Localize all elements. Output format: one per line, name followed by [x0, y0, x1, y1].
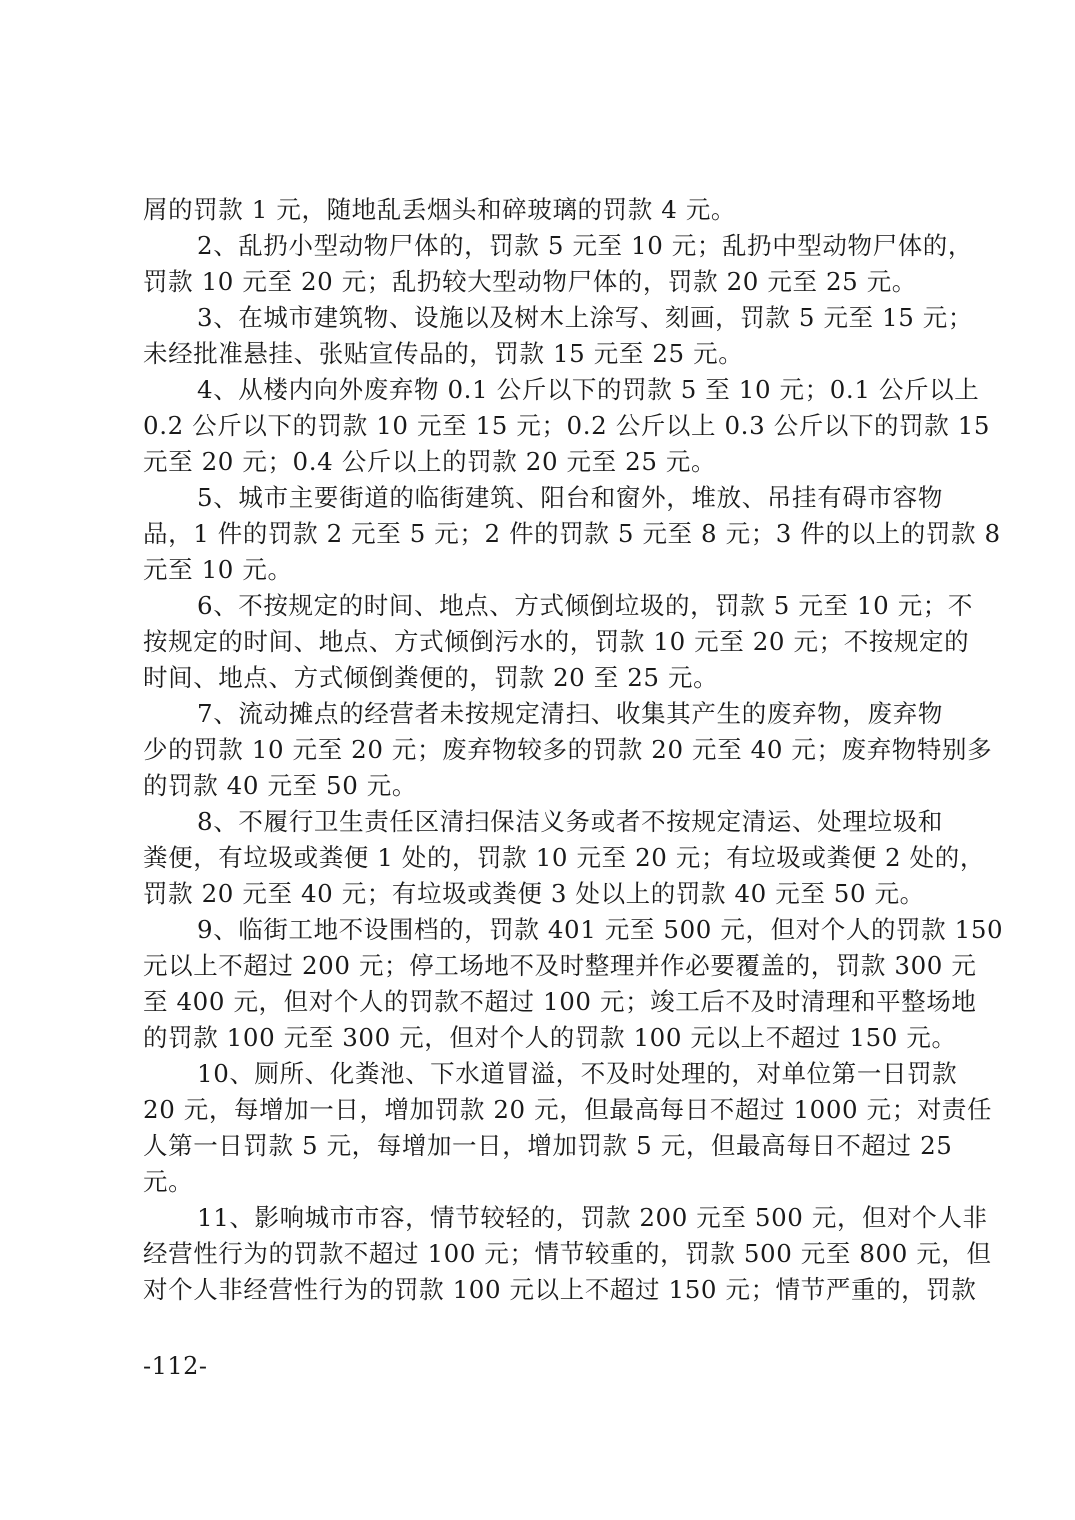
text-line: 经营性行为的罚款不超过 100 元；情节较重的，罚款 500 元至 800 元，… — [143, 1236, 943, 1272]
text-line: 元至 10 元。 — [143, 552, 943, 588]
page-number: -112- — [143, 1348, 208, 1384]
text-line: 2、乱扔小型动物尸体的，罚款 5 元至 10 元；乱扔中型动物尸体的， — [143, 228, 943, 264]
text-line: 9、临街工地不设围档的，罚款 401 元至 500 元，但对个人的罚款 150 — [143, 912, 943, 948]
paragraph-item-9: 9、临街工地不设围档的，罚款 401 元至 500 元，但对个人的罚款 150元… — [143, 912, 943, 1056]
text-line: 粪便，有垃圾或粪便 1 处的，罚款 10 元至 20 元；有垃圾或粪便 2 处的… — [143, 840, 943, 876]
paragraph-item-3: 3、在城市建筑物、设施以及树木上涂写、刻画，罚款 5 元至 15 元；未经批准悬… — [143, 300, 943, 372]
paragraph-item-11: 11、影响城市市容，情节较轻的，罚款 200 元至 500 元，但对个人非经营性… — [143, 1200, 943, 1308]
text-line: 0.2 公斤以下的罚款 10 元至 15 元；0.2 公斤以上 0.3 公斤以下… — [143, 408, 943, 444]
body-text: 屑的罚款 1 元，随地乱丢烟头和碎玻璃的罚款 4 元。2、乱扔小型动物尸体的，罚… — [143, 192, 943, 1308]
paragraph-item-10: 10、厕所、化粪池、下水道冒溢，不及时处理的，对单位第一日罚款20 元，每增加一… — [143, 1056, 943, 1200]
text-line: 10、厕所、化粪池、下水道冒溢，不及时处理的，对单位第一日罚款 — [143, 1056, 943, 1092]
text-line: 的罚款 100 元至 300 元，但对个人的罚款 100 元以上不超过 150 … — [143, 1020, 943, 1056]
text-line: 3、在城市建筑物、设施以及树木上涂写、刻画，罚款 5 元至 15 元； — [143, 300, 943, 336]
text-line: 按规定的时间、地点、方式倾倒污水的，罚款 10 元至 20 元；不按规定的 — [143, 624, 943, 660]
text-line: 元至 20 元；0.4 公斤以上的罚款 20 元至 25 元。 — [143, 444, 943, 480]
text-line: 元。 — [143, 1164, 943, 1200]
text-line: 对个人非经营性行为的罚款 100 元以上不超过 150 元；情节严重的，罚款 — [143, 1272, 943, 1308]
text-line: 的罚款 40 元至 50 元。 — [143, 768, 943, 804]
text-line: 人第一日罚款 5 元，每增加一日，增加罚款 5 元，但最高每日不超过 25 — [143, 1128, 943, 1164]
text-line: 11、影响城市市容，情节较轻的，罚款 200 元至 500 元，但对个人非 — [143, 1200, 943, 1236]
text-line: 少的罚款 10 元至 20 元；废弃物较多的罚款 20 元至 40 元；废弃物特… — [143, 732, 943, 768]
paragraph-p0-continued: 屑的罚款 1 元，随地乱丢烟头和碎玻璃的罚款 4 元。 — [143, 192, 943, 228]
text-line: 屑的罚款 1 元，随地乱丢烟头和碎玻璃的罚款 4 元。 — [143, 192, 943, 228]
text-line: 4、从楼内向外废弃物 0.1 公斤以下的罚款 5 至 10 元；0.1 公斤以上 — [143, 372, 943, 408]
paragraph-item-5: 5、城市主要街道的临街建筑、阳台和窗外，堆放、吊挂有碍市容物品，1 件的罚款 2… — [143, 480, 943, 588]
paragraph-item-2: 2、乱扔小型动物尸体的，罚款 5 元至 10 元；乱扔中型动物尸体的，罚款 10… — [143, 228, 943, 300]
text-line: 时间、地点、方式倾倒粪便的，罚款 20 至 25 元。 — [143, 660, 943, 696]
paragraph-item-8: 8、不履行卫生责任区清扫保洁义务或者不按规定清运、处理垃圾和粪便，有垃圾或粪便 … — [143, 804, 943, 912]
text-line: 20 元，每增加一日，增加罚款 20 元，但最高每日不超过 1000 元；对责任 — [143, 1092, 943, 1128]
paragraph-item-4: 4、从楼内向外废弃物 0.1 公斤以下的罚款 5 至 10 元；0.1 公斤以上… — [143, 372, 943, 480]
paragraph-item-6: 6、不按规定的时间、地点、方式倾倒垃圾的，罚款 5 元至 10 元；不按规定的时… — [143, 588, 943, 696]
text-line: 至 400 元，但对个人的罚款不超过 100 元；竣工后不及时清理和平整场地 — [143, 984, 943, 1020]
text-line: 5、城市主要街道的临街建筑、阳台和窗外，堆放、吊挂有碍市容物 — [143, 480, 943, 516]
text-line: 未经批准悬挂、张贴宣传品的，罚款 15 元至 25 元。 — [143, 336, 943, 372]
text-line: 罚款 10 元至 20 元；乱扔较大型动物尸体的，罚款 20 元至 25 元。 — [143, 264, 943, 300]
paragraph-item-7: 7、流动摊点的经营者未按规定清扫、收集其产生的废弃物，废弃物少的罚款 10 元至… — [143, 696, 943, 804]
text-line: 6、不按规定的时间、地点、方式倾倒垃圾的，罚款 5 元至 10 元；不 — [143, 588, 943, 624]
document-page: 屑的罚款 1 元，随地乱丢烟头和碎玻璃的罚款 4 元。2、乱扔小型动物尸体的，罚… — [0, 0, 1075, 1520]
text-line: 7、流动摊点的经营者未按规定清扫、收集其产生的废弃物，废弃物 — [143, 696, 943, 732]
text-line: 元以上不超过 200 元；停工场地不及时整理并作必要覆盖的，罚款 300 元 — [143, 948, 943, 984]
text-line: 品，1 件的罚款 2 元至 5 元；2 件的罚款 5 元至 8 元；3 件的以上… — [143, 516, 943, 552]
text-line: 罚款 20 元至 40 元；有垃圾或粪便 3 处以上的罚款 40 元至 50 元… — [143, 876, 943, 912]
text-line: 8、不履行卫生责任区清扫保洁义务或者不按规定清运、处理垃圾和 — [143, 804, 943, 840]
